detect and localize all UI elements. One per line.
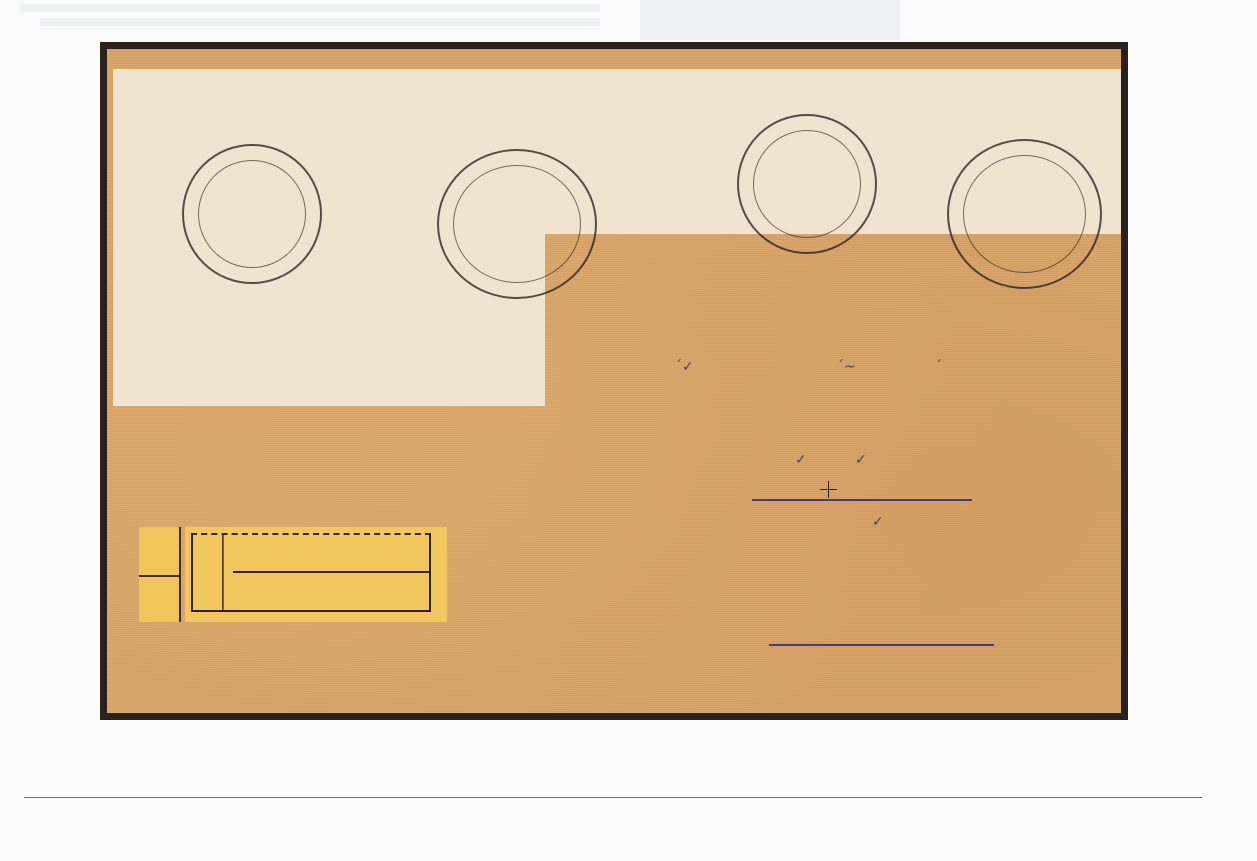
registration-number <box>233 573 429 610</box>
background-bleed-top <box>20 0 1220 40</box>
registration-letter <box>198 535 223 610</box>
cancellation-mark <box>437 149 597 299</box>
cancellation-mark <box>737 114 877 254</box>
cancellation-mark <box>182 144 322 284</box>
accent-mark: ˊ <box>935 359 942 375</box>
accent-mark: ✓ <box>855 452 867 468</box>
crosshair-cursor-icon <box>820 481 837 498</box>
cancellation-mark <box>947 139 1102 289</box>
envelope: ˊ✓ ˊ~ ˊ ✓ ✓ ✓ <box>107 49 1121 713</box>
envelope-photo-frame: ˊ✓ ˊ~ ˊ ✓ ✓ ✓ <box>100 42 1128 720</box>
accent-mark: ✓ <box>795 452 807 468</box>
address-underline <box>752 499 972 501</box>
accent-mark: ˊ~ <box>837 359 856 375</box>
accent-mark: ✓ <box>872 514 884 530</box>
registration-label-stub <box>139 527 181 622</box>
registration-label <box>185 527 447 622</box>
address-underline <box>769 644 994 646</box>
page-rule <box>24 797 1202 798</box>
accent-mark: ˊ✓ <box>675 359 694 375</box>
registration-office <box>233 535 429 573</box>
